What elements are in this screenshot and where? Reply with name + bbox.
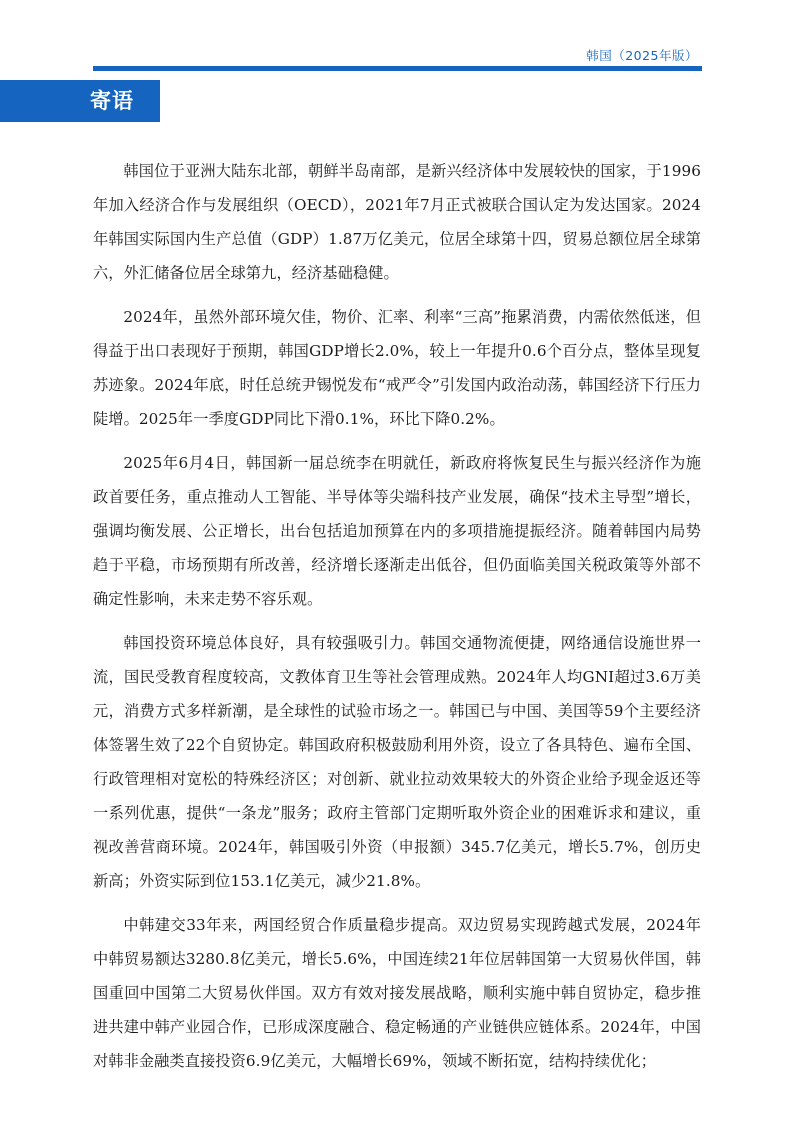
paragraph-2024-economy: 2024年，虽然外部环境欠佳，物价、汇率、利率“三高”拖累消费，内需依然低迷，但… <box>93 300 701 436</box>
body-text: 韩国位于亚洲大陆东北部，朝鲜半岛南部，是新兴经济体中发展较快的国家，于1996年… <box>93 154 701 1088</box>
section-title-tab <box>0 80 160 122</box>
paragraph-new-government: 2025年6月4日，韩国新一届总统李在明就任，新政府将恢复民生与振兴经济作为施政… <box>93 446 701 616</box>
running-header-title: 韩国（2025年版） <box>586 46 698 64</box>
header-rule-divider <box>93 66 702 71</box>
paragraph-investment-environment: 韩国投资环境总体良好，具有较强吸引力。韩国交通物流便捷，网络通信设施世界一流，国… <box>93 626 701 898</box>
paragraph-overview: 韩国位于亚洲大陆东北部，朝鲜半岛南部，是新兴经济体中发展较快的国家，于1996年… <box>93 154 701 290</box>
paragraph-china-korea-cooperation: 中韩建交33年来，两国经贸合作质量稳步提高。双边贸易实现跨越式发展，2024年中… <box>93 908 701 1078</box>
section-title: 寄语 <box>90 80 134 122</box>
